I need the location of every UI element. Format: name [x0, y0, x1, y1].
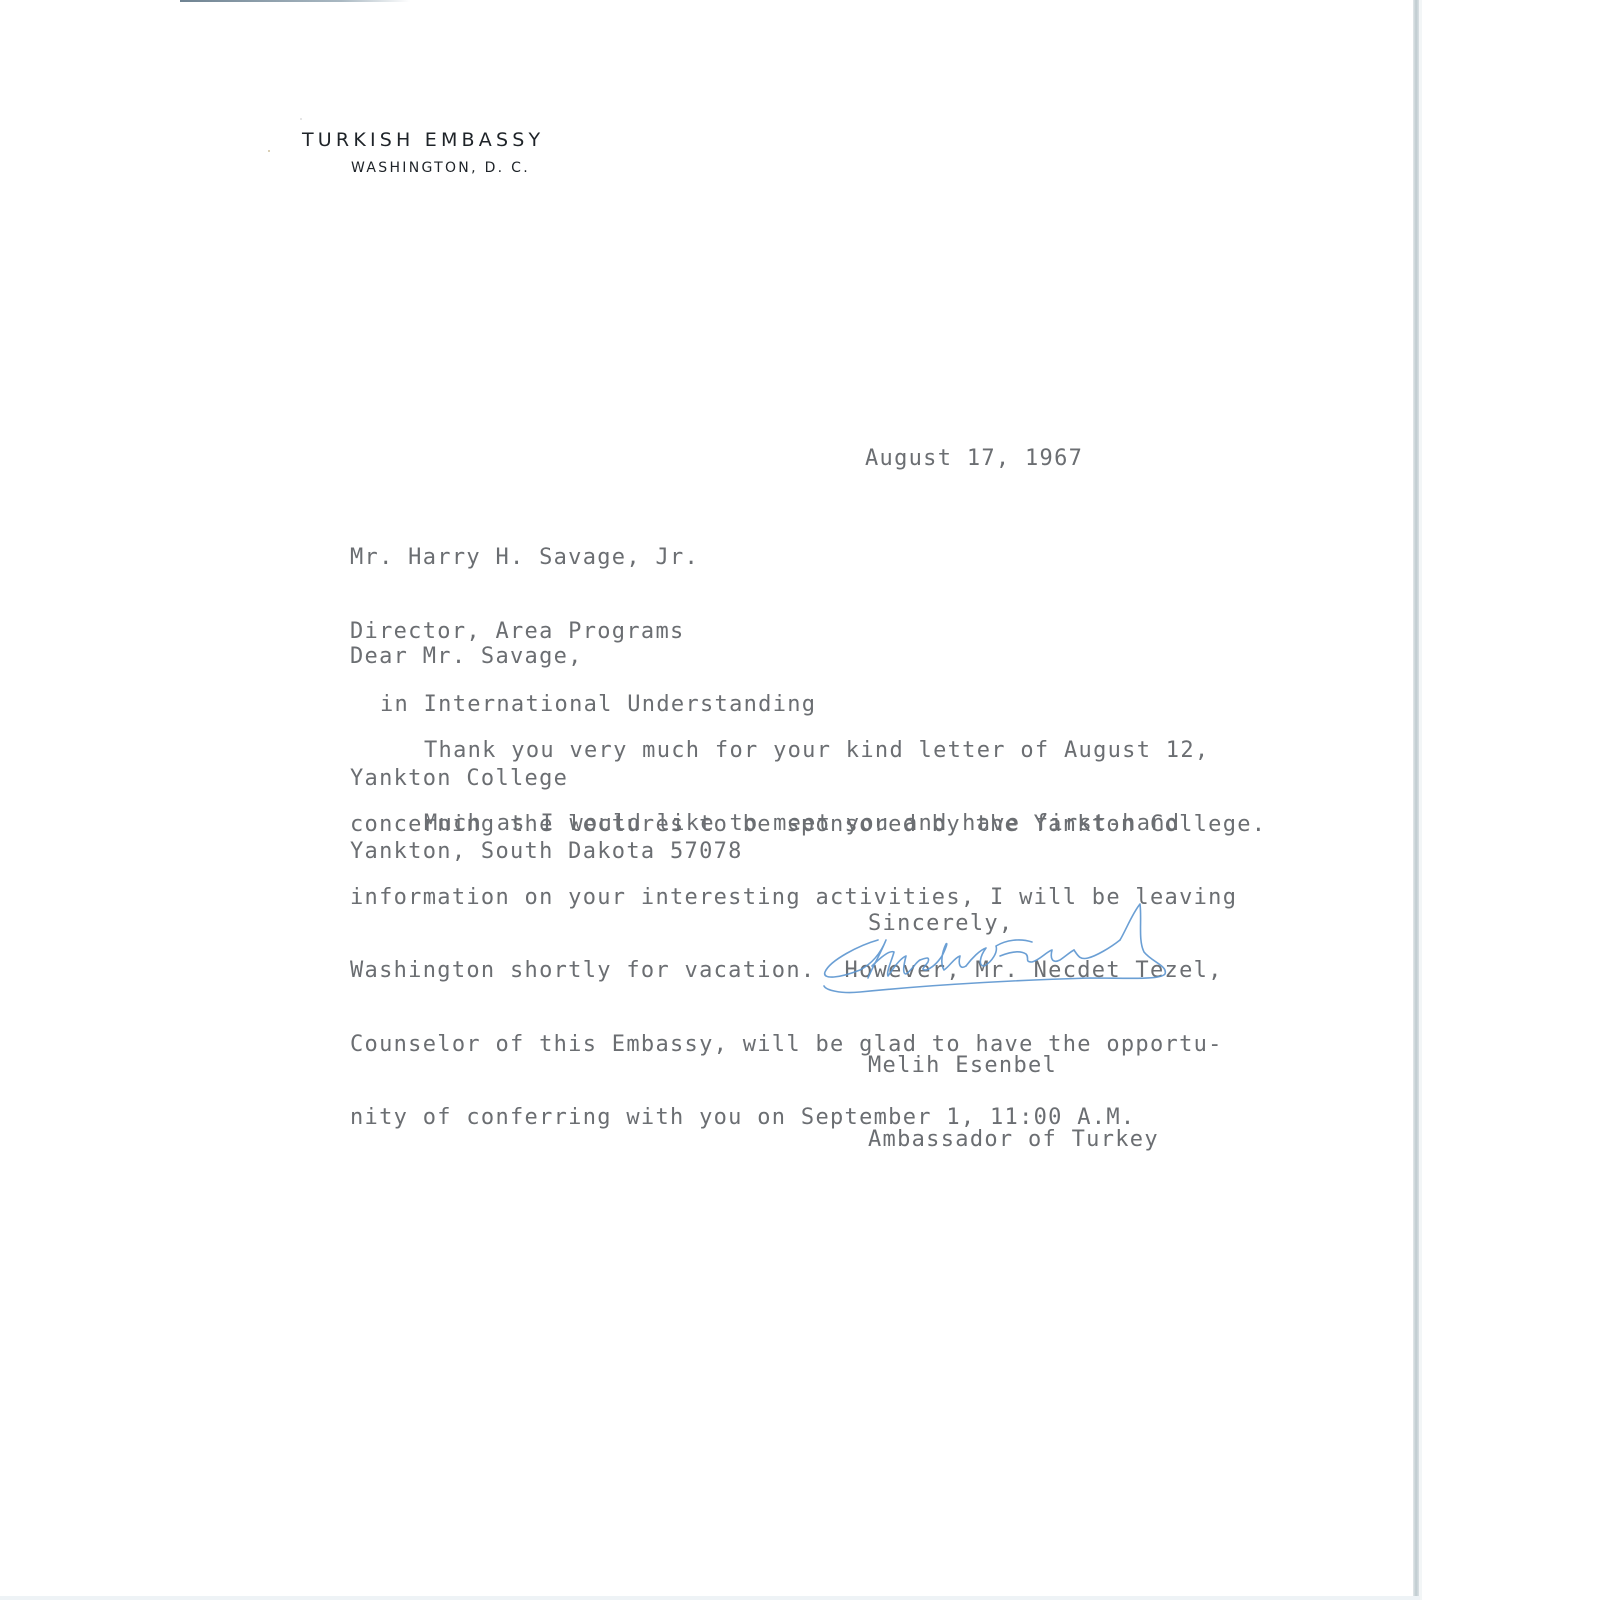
signer-title: Ambassador of Turkey	[868, 1128, 1159, 1153]
letterhead: TURKISH EMBASSY WASHINGTON, D. C.	[302, 128, 602, 177]
letterhead-organization: TURKISH EMBASSY	[302, 128, 602, 152]
paragraph-line: Thank you very much for your kind letter…	[350, 739, 1266, 764]
paper-speck	[300, 118, 302, 120]
letter-page: TURKISH EMBASSY WASHINGTON, D. C. August…	[0, 0, 1600, 1600]
scan-right-edge-highlight	[1419, 0, 1422, 1600]
signer-name: Melih Esenbel	[868, 1054, 1159, 1079]
recipient-title: Director, Area Programs	[350, 620, 816, 645]
signer-block: Melih Esenbel Ambassador of Turkey	[868, 1005, 1159, 1201]
letter-date: August 17, 1967	[865, 447, 1083, 472]
handwritten-signature-icon	[820, 900, 1180, 1005]
paragraph-line: Much as I would like to meet you and hav…	[350, 812, 1237, 837]
recipient-name: Mr. Harry H. Savage, Jr.	[350, 546, 816, 571]
scan-top-edge	[180, 0, 410, 2]
letterhead-location: WASHINGTON, D. C.	[351, 159, 602, 177]
salutation: Dear Mr. Savage,	[350, 645, 583, 670]
scan-bottom-edge	[0, 1596, 1420, 1600]
paper-speck	[268, 150, 270, 152]
